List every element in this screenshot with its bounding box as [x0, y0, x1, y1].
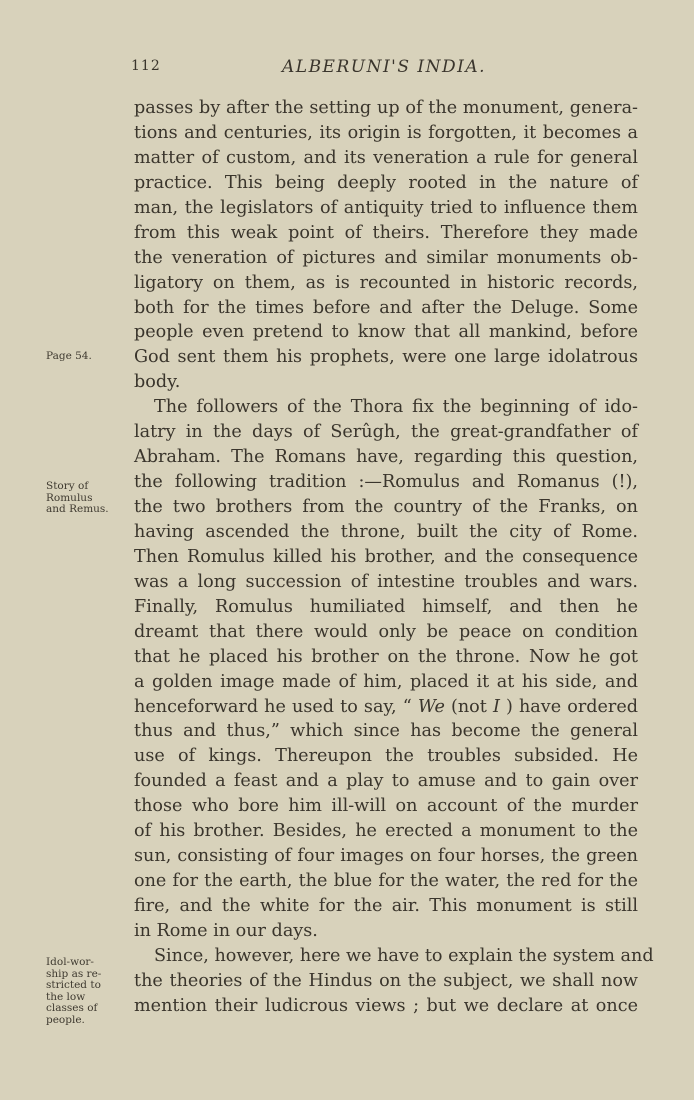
text-line: the following tradition :—Romulus and Ro… — [134, 470, 638, 495]
body-text: passes by after the setting up of the mo… — [134, 96, 638, 1019]
text-line: those who bore him ill-will on account o… — [134, 794, 638, 819]
text-line: the two brothers from the country of the… — [134, 495, 638, 520]
text-line: mention their ludicrous views ; but we d… — [134, 994, 638, 1019]
margin-note-idol-worship: Idol-wor- ship as re- stricted to the lo… — [46, 957, 101, 1026]
text-line: having ascended the throne, built the ci… — [134, 520, 638, 545]
italic-i: I — [493, 697, 500, 717]
text-line: from this weak point of theirs. Therefor… — [134, 221, 638, 246]
page-number: 112 — [131, 58, 161, 74]
text-line: God sent them his prophets, were one lar… — [134, 345, 638, 370]
text-line: sun, consisting of four images on four h… — [134, 844, 638, 869]
text-line: Then Romulus killed his brother, and the… — [134, 545, 638, 570]
text-line: founded a feast and a play to amuse and … — [134, 769, 638, 794]
text-line: dreamt that there would only be peace on… — [134, 620, 638, 645]
text-line: Finally, Romulus humiliated himself, and… — [134, 595, 638, 620]
text-line: body. — [134, 370, 638, 395]
text-line: The followers of the Thora fix the begin… — [134, 395, 638, 420]
text-line: was a long succession of intestine troub… — [134, 570, 638, 595]
running-title: ALBERUNI'S INDIA. — [282, 57, 486, 77]
text-line: people even pretend to know that all man… — [134, 320, 638, 345]
text-line: both for the times before and after the … — [134, 296, 638, 321]
text-line: in Rome in our days. — [134, 919, 638, 944]
margin-note-page-ref: Page 54. — [46, 351, 92, 363]
text-line: a golden image made of him, placed it at… — [134, 670, 638, 695]
text-line: use of kings. Thereupon the troubles sub… — [134, 744, 638, 769]
text-line: tions and centuries, its origin is forgo… — [134, 121, 638, 146]
text-line: man, the legislators of antiquity tried … — [134, 196, 638, 221]
text-line: one for the earth, the blue for the wate… — [134, 869, 638, 894]
text-line: fire, and the white for the air. This mo… — [134, 894, 638, 919]
text-line-with-italics: henceforward he used to say, “ We (not I… — [134, 695, 638, 720]
text-line: passes by after the setting up of the mo… — [134, 96, 638, 121]
margin-note-romulus: Story of Romulus and Remus. — [46, 481, 109, 516]
text-line: Since, however, here we have to explain … — [134, 944, 638, 969]
text-line: the theories of the Hindus on the subjec… — [134, 969, 638, 994]
text-line: of his brother. Besides, he erected a mo… — [134, 819, 638, 844]
italic-we: We — [418, 697, 445, 717]
text-line: the veneration of pictures and similar m… — [134, 246, 638, 271]
text-line: matter of custom, and its veneration a r… — [134, 146, 638, 171]
text-line: latry in the days of Serûgh, the great-g… — [134, 420, 638, 445]
text-line: Abraham. The Romans have, regarding this… — [134, 445, 638, 470]
text-line: thus and thus,” which since has become t… — [134, 719, 638, 744]
text-line: practice. This being deeply rooted in th… — [134, 171, 638, 196]
text-line: that he placed his brother on the throne… — [134, 645, 638, 670]
text-line: ligatory on them, as is recounted in his… — [134, 271, 638, 296]
